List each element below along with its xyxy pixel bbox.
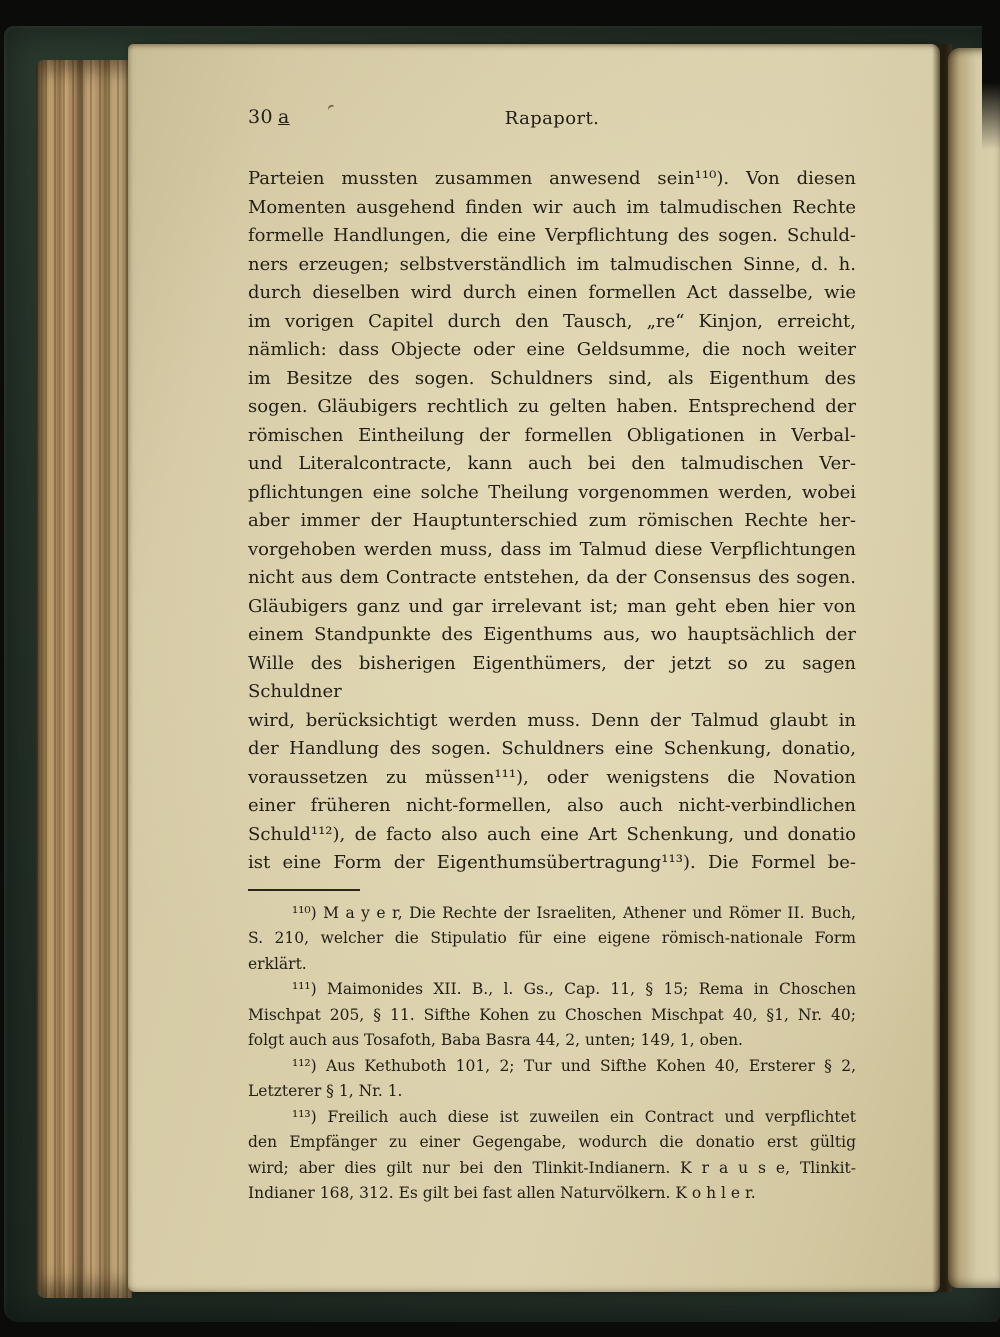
footnote-separator xyxy=(248,889,360,891)
body-text-line: durch dieselben wird durch einen formell… xyxy=(248,279,856,308)
body-text-line: vorgehoben werden muss, dass im Talmud d… xyxy=(248,536,856,565)
footnote-line: folgt auch aus Tosafoth, Baba Basra 44, … xyxy=(248,1028,856,1054)
body-text-line: und Literalcontracte, kann auch bei den … xyxy=(248,450,856,479)
book-photo: 30a Rapaport. Parteien mussten zusammen … xyxy=(0,0,1000,1337)
page-number: 30a xyxy=(248,106,290,128)
body-text-line: Parteien mussten zusammen anwesend sein¹… xyxy=(248,165,856,194)
book-page: 30a Rapaport. Parteien mussten zusammen … xyxy=(128,44,940,1292)
page-header: 30a Rapaport. xyxy=(248,106,856,136)
body-text: Parteien mussten zusammen anwesend sein¹… xyxy=(248,165,856,878)
footnote-line: ¹¹¹) Maimonides XII. B., l. Gs., Cap. 11… xyxy=(248,977,856,1003)
footnote-line: ¹¹⁰) M a y e r, Die Rechte der Israelite… xyxy=(248,901,856,927)
running-title: Rapaport. xyxy=(505,108,599,129)
footnote-line: wird; aber dies gilt nur bei den Tlinkit… xyxy=(248,1156,856,1182)
footnote-line: erklärt. xyxy=(248,952,856,978)
body-text-line: ners erzeugen; selbstverständlich im tal… xyxy=(248,251,856,280)
page-number-value: 30 xyxy=(248,106,273,128)
footnote-line: S. 210, welcher die Stipulatio für eine … xyxy=(248,926,856,952)
facing-page-edge xyxy=(948,48,1000,1288)
footnote-line: Mischpat 205, § 11. Sifthe Kohen zu Chos… xyxy=(248,1003,856,1029)
footnote-line: Indianer 168, 312. Es gilt bei fast alle… xyxy=(248,1181,856,1207)
body-text-line: nämlich: dass Objecte oder eine Geldsumm… xyxy=(248,336,856,365)
body-text-line: Gläubigers ganz und gar irrelevant ist; … xyxy=(248,593,856,622)
body-text-line: formelle Handlungen, die eine Verpflicht… xyxy=(248,222,856,251)
body-text-line: einer früheren nicht-formellen, also auc… xyxy=(248,792,856,821)
body-text-line: Momenten ausgehend finden wir auch im ta… xyxy=(248,194,856,223)
text-block: 30a Rapaport. Parteien mussten zusammen … xyxy=(248,106,856,1207)
footnote-line: Letzterer § 1, Nr. 1. xyxy=(248,1079,856,1105)
body-text-line: pflichtungen eine solche Theilung vorgen… xyxy=(248,479,856,508)
body-text-line: Wille des bisherigen Eigenthümers, der j… xyxy=(248,650,856,707)
body-text-line: nicht aus dem Contracte entstehen, da de… xyxy=(248,564,856,593)
corner-shadow xyxy=(982,0,1000,150)
footnotes: ¹¹⁰) M a y e r, Die Rechte der Israelite… xyxy=(248,901,856,1207)
body-text-line: sogen. Gläubigers rechtlich zu gelten ha… xyxy=(248,393,856,422)
body-text-line: im vorigen Capitel durch den Tausch, „re… xyxy=(248,308,856,337)
body-text-line: im Besitze des sogen. Schuldners sind, a… xyxy=(248,365,856,394)
body-text-line: römischen Eintheilung der formellen Obli… xyxy=(248,422,856,451)
body-text-line: einem Standpunkte des Eigenthums aus, wo… xyxy=(248,621,856,650)
body-text-line: voraussetzen zu müssen¹¹¹), oder wenigst… xyxy=(248,764,856,793)
body-text-line: der Handlung des sogen. Schuldners eine … xyxy=(248,735,856,764)
footnote-line: ¹¹³) Freilich auch diese ist zuweilen ei… xyxy=(248,1105,856,1131)
footnote-line: den Empfänger zu einer Gegengabe, wodurc… xyxy=(248,1130,856,1156)
body-text-line: wird, berücksichtigt werden muss. Denn d… xyxy=(248,707,856,736)
page-edge-stack xyxy=(36,60,132,1298)
body-text-line: Schuld¹¹²), de facto also auch eine Art … xyxy=(248,821,856,850)
page-number-suffix: a xyxy=(278,106,290,128)
footnote-line: ¹¹²) Aus Kethuboth 101, 2; Tur und Sifth… xyxy=(248,1054,856,1080)
body-text-line: ist eine Form der Eigenthumsübertragung¹… xyxy=(248,849,856,878)
body-text-line: aber immer der Hauptunterschied zum römi… xyxy=(248,507,856,536)
